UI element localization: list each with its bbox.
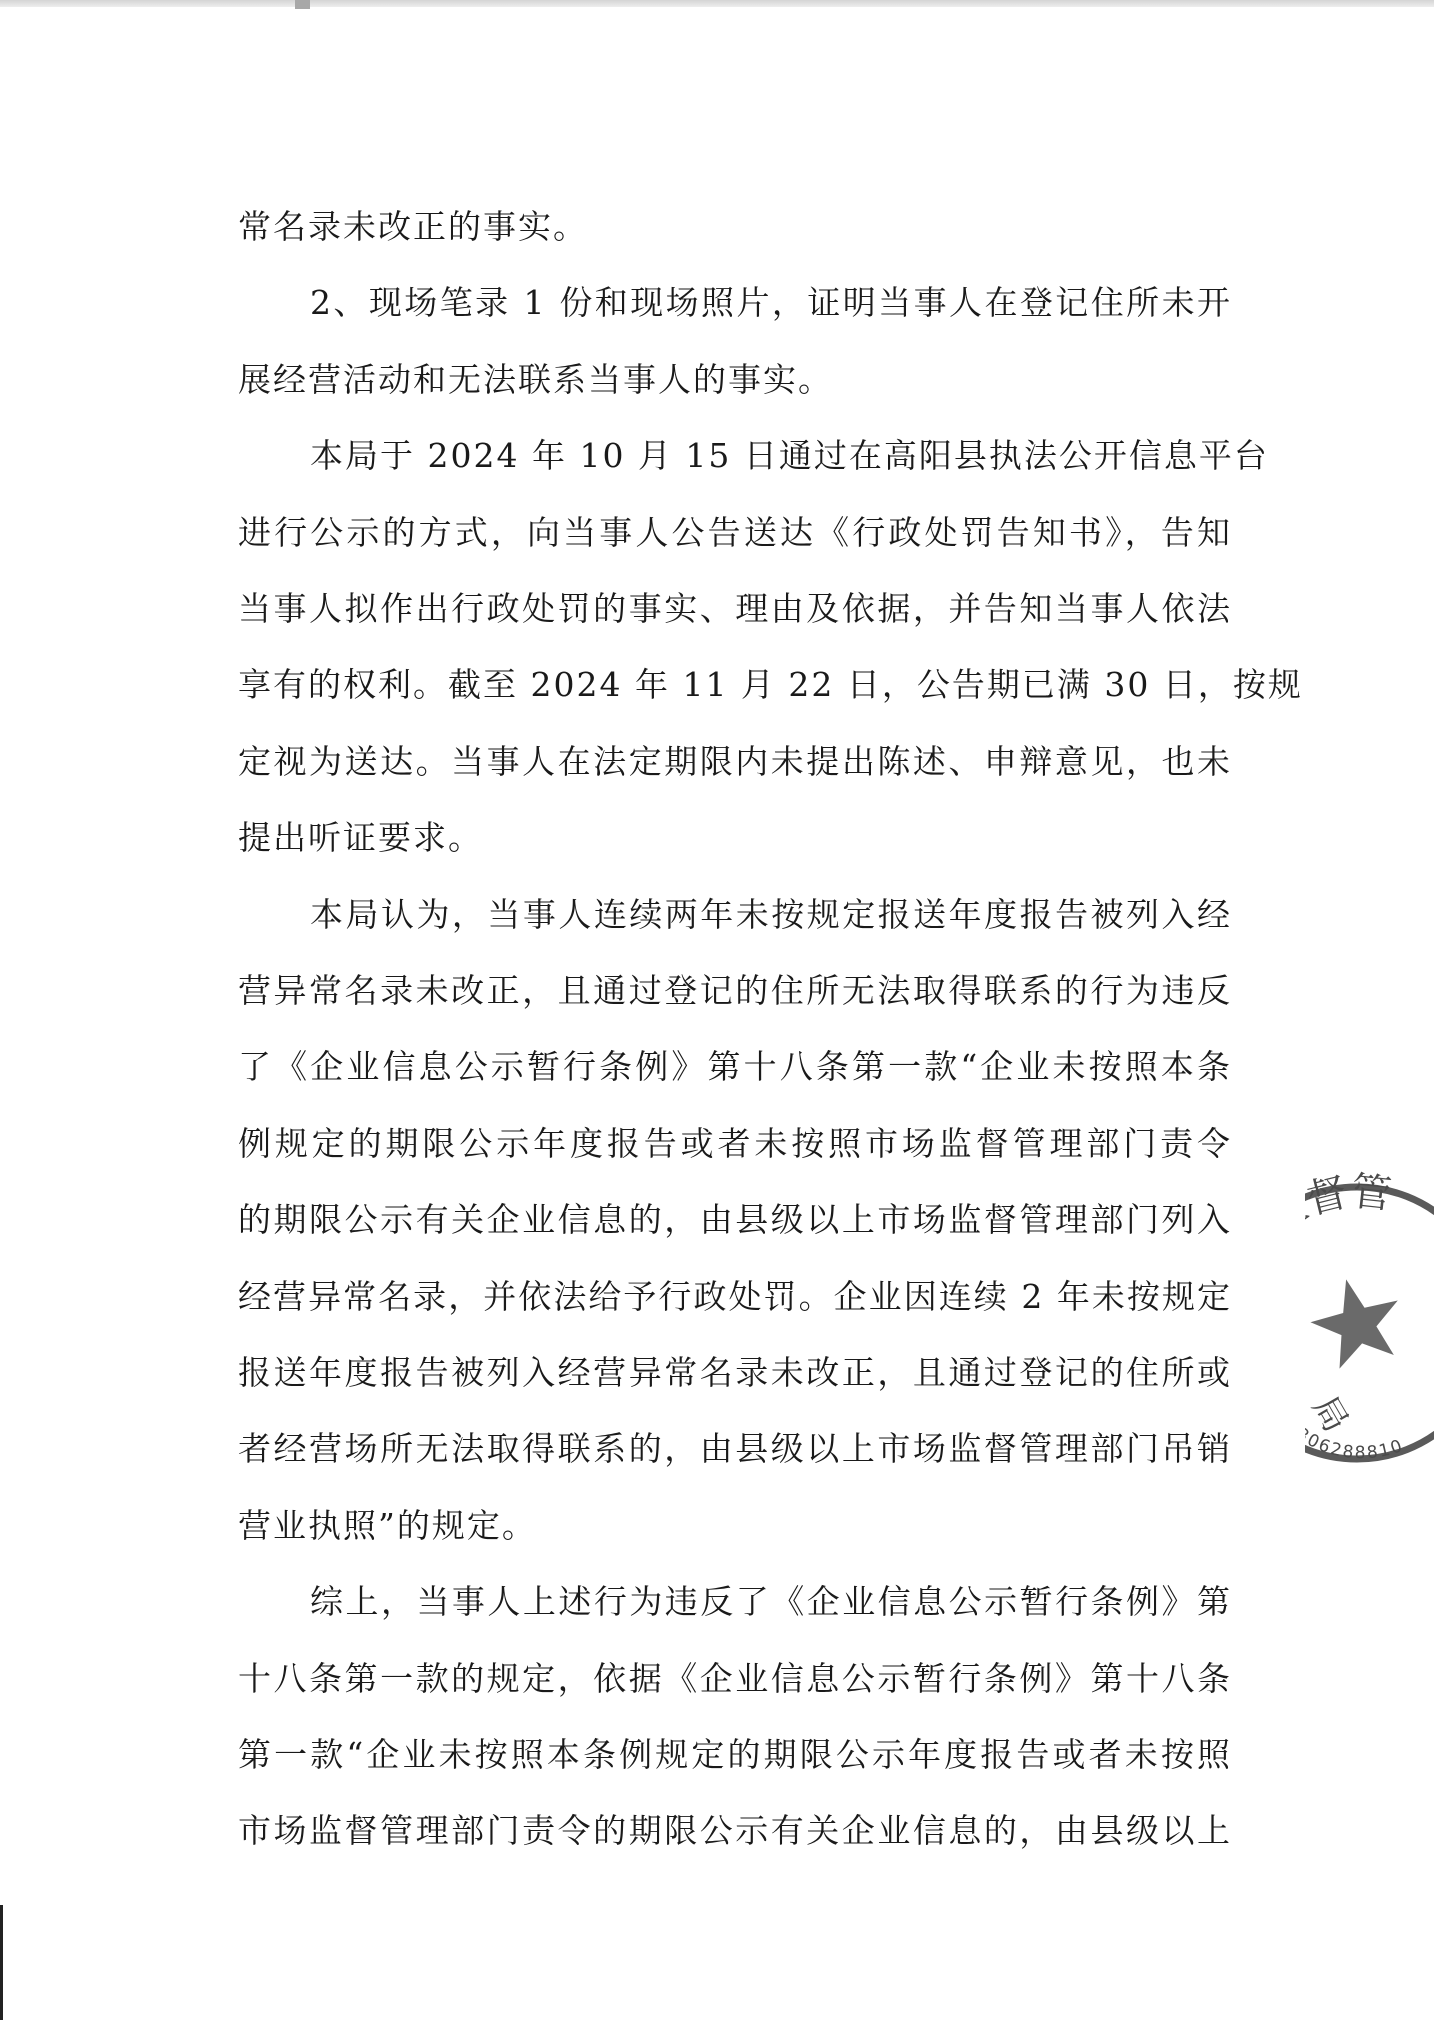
text-line: 展经营活动和无法联系当事人的事实。 — [238, 358, 1232, 402]
text-line: 的期限公示有关企业信息的，由县级以上市场监督管理部门列入 — [238, 1198, 1232, 1242]
scan-mark — [295, 0, 310, 9]
star-icon — [1305, 1268, 1410, 1372]
scan-top-edge — [0, 0, 1434, 7]
text-line: 综上，当事人上述行为违反了《企业信息公示暂行条例》第 — [310, 1580, 1232, 1624]
text-line: 定视为送达。当事人在法定期限内未提出陈述、申辩意见，也未 — [238, 740, 1232, 784]
text-line: 常名录未改正的事实。 — [238, 205, 1232, 249]
scan-left-edge — [0, 1905, 3, 2020]
text-line: 营异常名录未改正，且通过登记的住所无法取得联系的行为违反 — [238, 969, 1232, 1013]
text-line: 进行公示的方式，向当事人公告送达《行政处罚告知书》，告知 — [238, 511, 1232, 555]
text-line: 享有的权利。截至 2024 年 11 月 22 日，公告期已满 30 日，按规 — [238, 663, 1232, 707]
text-line: 2、现场笔录 1 份和现场照片，证明当事人在登记住所未开 — [310, 281, 1232, 325]
text-line: 本局认为，当事人连续两年未按规定报送年度报告被列入经 — [310, 893, 1232, 937]
text-line: 市场监督管理部门责令的期限公示有关企业信息的，由县级以上 — [238, 1809, 1232, 1853]
text-line: 了《企业信息公示暂行条例》第十八条第一款“企业未按照本条 — [238, 1045, 1232, 1089]
text-line: 第一款“企业未按照本条例规定的期限公示年度报告或者未按照 — [238, 1733, 1232, 1777]
text-line: 提出听证要求。 — [238, 816, 1232, 860]
text-line: 当事人拟作出行政处罚的事实、理由及依据，并告知当事人依法 — [238, 587, 1232, 631]
text-line: 者经营场所无法取得联系的，由县级以上市场监督管理部门吊销 — [238, 1427, 1232, 1471]
text-line: 营业执照”的规定。 — [238, 1504, 1232, 1548]
text-line: 本局于 2024 年 10 月 15 日通过在高阳县执法公开信息平台 — [310, 434, 1232, 478]
text-line: 例规定的期限公示年度报告或者未按照市场监督管理部门责令 — [238, 1122, 1232, 1166]
text-line: 十八条第一款的规定，依据《企业信息公示暂行条例》第十八条 — [238, 1657, 1232, 1701]
official-seal: 场监督管 1306288810 局 — [1305, 1170, 1434, 1470]
text-line: 报送年度报告被列入经营异常名录未改正，且通过登记的住所或 — [238, 1351, 1232, 1395]
text-line: 经营异常名录，并依法给予行政处罚。企业因连续 2 年未按规定 — [238, 1275, 1232, 1319]
